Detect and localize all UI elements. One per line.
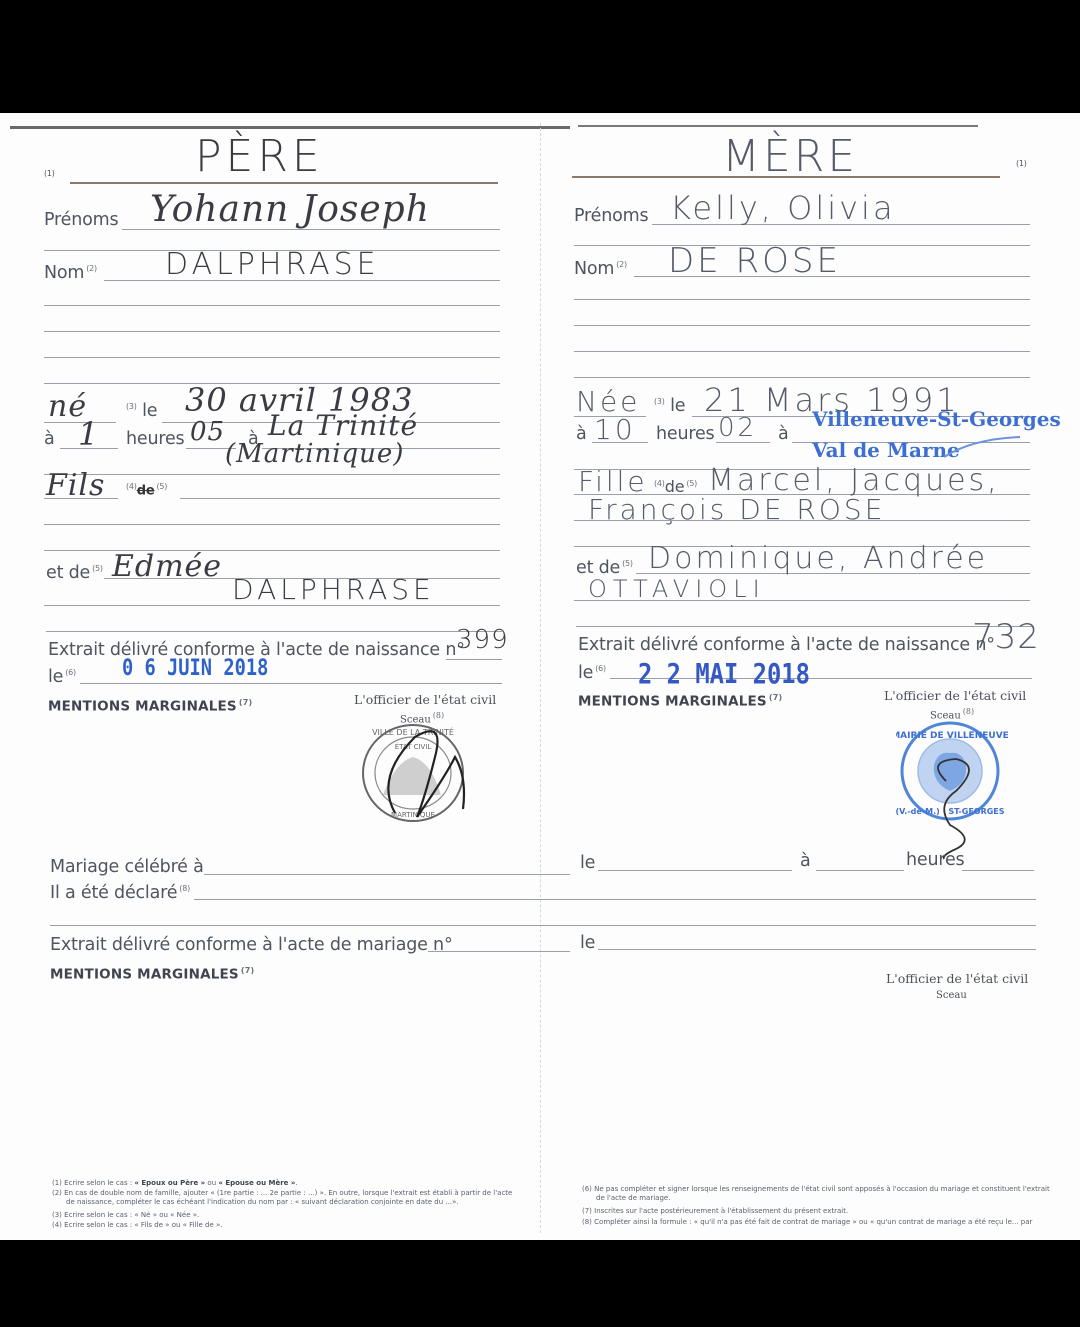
mother-father-line-2: François DE ROSE: [588, 493, 885, 526]
mariage-le2-label: le: [580, 933, 595, 953]
mother-nom-value: DE ROSE: [668, 241, 841, 281]
mother-birth-hour: 10: [594, 413, 636, 446]
blank-line: [44, 331, 500, 332]
declare-label: Il a été déclaré(8): [50, 883, 190, 903]
mother-mother-line-1: Dominique, Andrée: [648, 541, 988, 576]
footnote-2-cont: de naissance, compléter le cas échéant l…: [66, 1198, 459, 1207]
footnote-1: (1) Ecrire selon le cas : « Epoux ou Pèr…: [52, 1179, 298, 1188]
seal-la-trinite-icon: VILLE DE LA TRINITÉ ÉTAT CIVIL MARTINIQU…: [355, 717, 480, 829]
mariage-sceau-label: Sceau: [936, 990, 967, 1001]
a-label: à: [44, 429, 55, 449]
le2-label: le(6): [578, 663, 606, 683]
mother-mother-line-2: OTTAVIOLI: [588, 575, 766, 603]
blank-line: [574, 351, 1030, 352]
footnote-4: (4) Ecrire selon le cas : « Fils de » ou…: [52, 1221, 223, 1230]
issue-date-line: [80, 683, 502, 684]
blank-line: [574, 325, 1030, 326]
mother-prenoms-value: Kelly, Olivia: [670, 189, 896, 227]
le-label: (3) le: [652, 396, 685, 416]
civil-record-page: (1) PÈRE Prénoms Yohann Joseph Nom(2) DA…: [0, 113, 1080, 1240]
blank-line: [44, 474, 500, 475]
role-line: [70, 182, 498, 184]
a2-label: à: [778, 424, 789, 444]
father-role-handwritten: PÈRE: [195, 131, 324, 182]
mentions-label: MENTIONS MARGINALES(7): [48, 698, 252, 715]
seal-villeneuve-icon: MAIRIE DE VILLENEUVE (V.-de-M.) · ST-GEO…: [896, 721, 1008, 861]
mariage-minutes-line: [962, 870, 1034, 871]
officer-label: L'officier de l'état civil: [354, 692, 496, 707]
mother-birth-place-stamp: Villeneuve-St-Georges: [812, 407, 1061, 431]
father-issue-date-stamp: 0 6 JUIN 2018: [122, 656, 268, 681]
svg-text:VILLE DE LA TRINITÉ: VILLE DE LA TRINITÉ: [372, 726, 454, 737]
prenoms-label: Prénoms: [44, 210, 118, 230]
blank-line: [574, 299, 1030, 300]
blank-line: [44, 524, 500, 525]
mother-acte-number: 732: [972, 617, 1040, 657]
father-mother-first: Edmée: [112, 549, 222, 584]
officer-label: L'officier de l'état civil: [884, 688, 1026, 703]
nom-label: Nom(2): [574, 259, 627, 279]
svg-text:ÉTAT CIVIL: ÉTAT CIVIL: [395, 742, 432, 751]
footnote-7: (7) Inscrites sur l'acte postérieurement…: [582, 1207, 848, 1216]
father-prenoms-value: Yohann Joseph: [150, 189, 430, 230]
mariage-mentions-label: MENTIONS MARGINALES(7): [50, 966, 254, 983]
role-note: (1): [44, 169, 55, 178]
mariage-officer-label: L'officier de l'état civil: [886, 971, 1028, 986]
nom-label: Nom(2): [44, 263, 97, 283]
mentions-label: MENTIONS MARGINALES(7): [578, 693, 782, 710]
mariage-a-label: à: [800, 851, 811, 871]
role-note: (1): [1016, 159, 1027, 168]
father-acte-number: 399: [456, 625, 509, 655]
mariage-le-label: le: [580, 853, 595, 873]
mariage-issue-line: [598, 949, 1036, 950]
le2-label: le(6): [48, 667, 76, 687]
sceau-label: Sceau(8): [930, 707, 974, 721]
mariage-heures-label: heures: [906, 850, 964, 870]
footnote-2: (2) En cas de double nom de famille, ajo…: [52, 1189, 512, 1198]
father-birth-place: La Trinité: [268, 409, 418, 442]
mariage-acte-line: [428, 951, 570, 952]
mariage-place-line: [204, 874, 570, 875]
top-border-rule-right: [578, 125, 978, 127]
blank-line: [44, 605, 500, 606]
fils-line: [44, 498, 118, 499]
father-of-line: [180, 498, 500, 499]
mother-birth-minutes: 02: [718, 413, 757, 443]
page-fold: [540, 123, 541, 1233]
heures-label: heures: [126, 429, 184, 449]
svg-text:MARTINIQUE: MARTINIQUE: [391, 811, 435, 819]
mother-issue-date-stamp: 2 2 MAI 2018: [638, 657, 810, 690]
footnote-3: (3) Ecrire selon le cas : « Né » ou « Né…: [52, 1211, 199, 1220]
et-de-label: et de(5): [46, 563, 103, 583]
acte-number-line: [446, 659, 502, 660]
blank-line: [574, 600, 1030, 601]
mother-birth-place-stamp-2: Val de Marne: [812, 438, 960, 462]
svg-text:MAIRIE DE VILLENEUVE: MAIRIE DE VILLENEUVE: [896, 731, 1008, 741]
father-mother-last: DALPHRASE: [232, 573, 435, 606]
blank-line: [574, 377, 1030, 378]
a-label: à: [576, 424, 587, 444]
mother-role-handwritten: MÈRE: [722, 131, 858, 182]
le-label: (3) le: [124, 401, 157, 421]
mariage-hour-line: [816, 870, 904, 871]
declare-line-2: [50, 925, 1036, 926]
top-border-rule: [10, 126, 570, 129]
father-birth-minutes: 05: [190, 417, 225, 447]
footnote-8: (8) Compléter ainsi la formule : « qu'il…: [582, 1218, 1032, 1227]
blank-line: [574, 520, 1030, 521]
blank-line: [44, 305, 500, 306]
heures-label: heures: [656, 424, 714, 444]
father-birth-place-2: (Martinique): [225, 439, 404, 469]
mariage-date-line: [598, 870, 792, 871]
mariage-celebre-label: Mariage célébré à: [50, 857, 204, 877]
prenoms-label: Prénoms: [574, 206, 648, 226]
stamp-flourish-icon: [942, 435, 1022, 459]
extrait-label: Extrait délivré conforme à l'acte de nai…: [578, 635, 995, 655]
blank-line: [576, 626, 1032, 627]
footnote-6: (6) Ne pas compléter et signer lorsque l…: [582, 1185, 1050, 1194]
blank-line: [46, 631, 502, 632]
svg-text:(V.-de-M.) · ST-GEORGES: (V.-de-M.) · ST-GEORGES: [896, 807, 1005, 816]
father-nom-value: DALPHRASE: [165, 247, 380, 282]
mariage-extrait-label: Extrait délivré conforme à l'acte de mar…: [50, 935, 453, 955]
blank-line: [44, 357, 500, 358]
father-birth-hour: 1: [78, 415, 99, 453]
footnote-6-cont: de l'acte de mariage.: [596, 1194, 670, 1203]
declare-line: [194, 899, 1036, 900]
de-label-struck: (4)de(5): [124, 482, 167, 498]
